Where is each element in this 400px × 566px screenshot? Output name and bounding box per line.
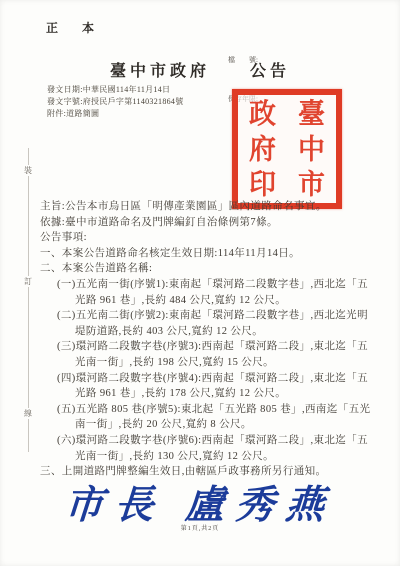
document-page: 正 本 檔 號: 保存年限: 臺中市政府 公告 發文日期:中華民國114年11月… (0, 0, 400, 566)
copy-type-label: 正 本 (46, 19, 100, 36)
road-entry-4: (四)環河路二段數字巷(序號4):西南起「環河路二段」,東北迄「五光路 961 … (40, 371, 378, 402)
page-number-info: 第1頁,共2頁 (0, 523, 400, 532)
binding-mark-xian: 線 (24, 408, 32, 419)
binding-mark-ding: 訂 (24, 276, 32, 287)
seal-right-column: 臺中市 (297, 96, 327, 202)
section-header: 公告事項: (40, 230, 378, 246)
announcement-item-2: 二、本案公告道路名稱: (40, 261, 378, 277)
seal-left-column: 政府印 (248, 96, 278, 202)
issue-date-line: 發文日期:中華民國114年11月14日 (47, 84, 184, 96)
road-entry-5: (五)五光路 805 巷(序號5):東北起「五光路 805 巷」,西南迄「五光南… (40, 402, 378, 433)
road-entry-3: (三)環河路二段數字巷(序號3):西南起「環河路二段」,東北迄「五光南一街」,長… (40, 339, 378, 370)
binding-line (28, 148, 29, 452)
road-entry-6: (六)環河路二段數字巷(序號6):西南起「環河路二段」,東北迄「五光南一街」,長… (40, 433, 378, 464)
document-meta: 發文日期:中華民國114年11月14日 發文字號:府授民戶字第114032186… (47, 84, 184, 120)
announcement-body: 主旨:公告本市烏日區「明傳產業園區」區內道路命名事宜。 依據:臺中市道路命名及門… (40, 199, 378, 480)
basis-line: 依據:臺中市道路命名及門牌編釘自治條例第7條。 (40, 215, 378, 231)
road-entry-2: (二)五光南二街(序號2):東南起「環河路二段數字巷」,西北迄光明堤防道路,長約… (40, 308, 378, 339)
binding-mark-zhuang: 裝 (24, 165, 32, 176)
government-seal-stamp: 臺中市 政府印 (232, 89, 342, 209)
document-title: 臺中市政府 公告 (0, 58, 400, 81)
attachment-line: 附件:道路簡圖 (47, 108, 184, 120)
announcement-item-1: 一、本案公告道路命名核定生效日期:114年11月14日。 (40, 246, 378, 262)
subject-line: 主旨:公告本市烏日區「明傳產業園區」區內道路命名事宜。 (40, 199, 378, 215)
doc-number-line: 發文字號:府授民戶字第1140321864號 (47, 96, 184, 108)
road-entry-1: (一)五光南一街(序號1):東南起「環河路二段數字巷」,西北迄「五光路 961 … (40, 277, 378, 308)
mayor-signature: 市長 盧秀燕 (0, 474, 400, 530)
